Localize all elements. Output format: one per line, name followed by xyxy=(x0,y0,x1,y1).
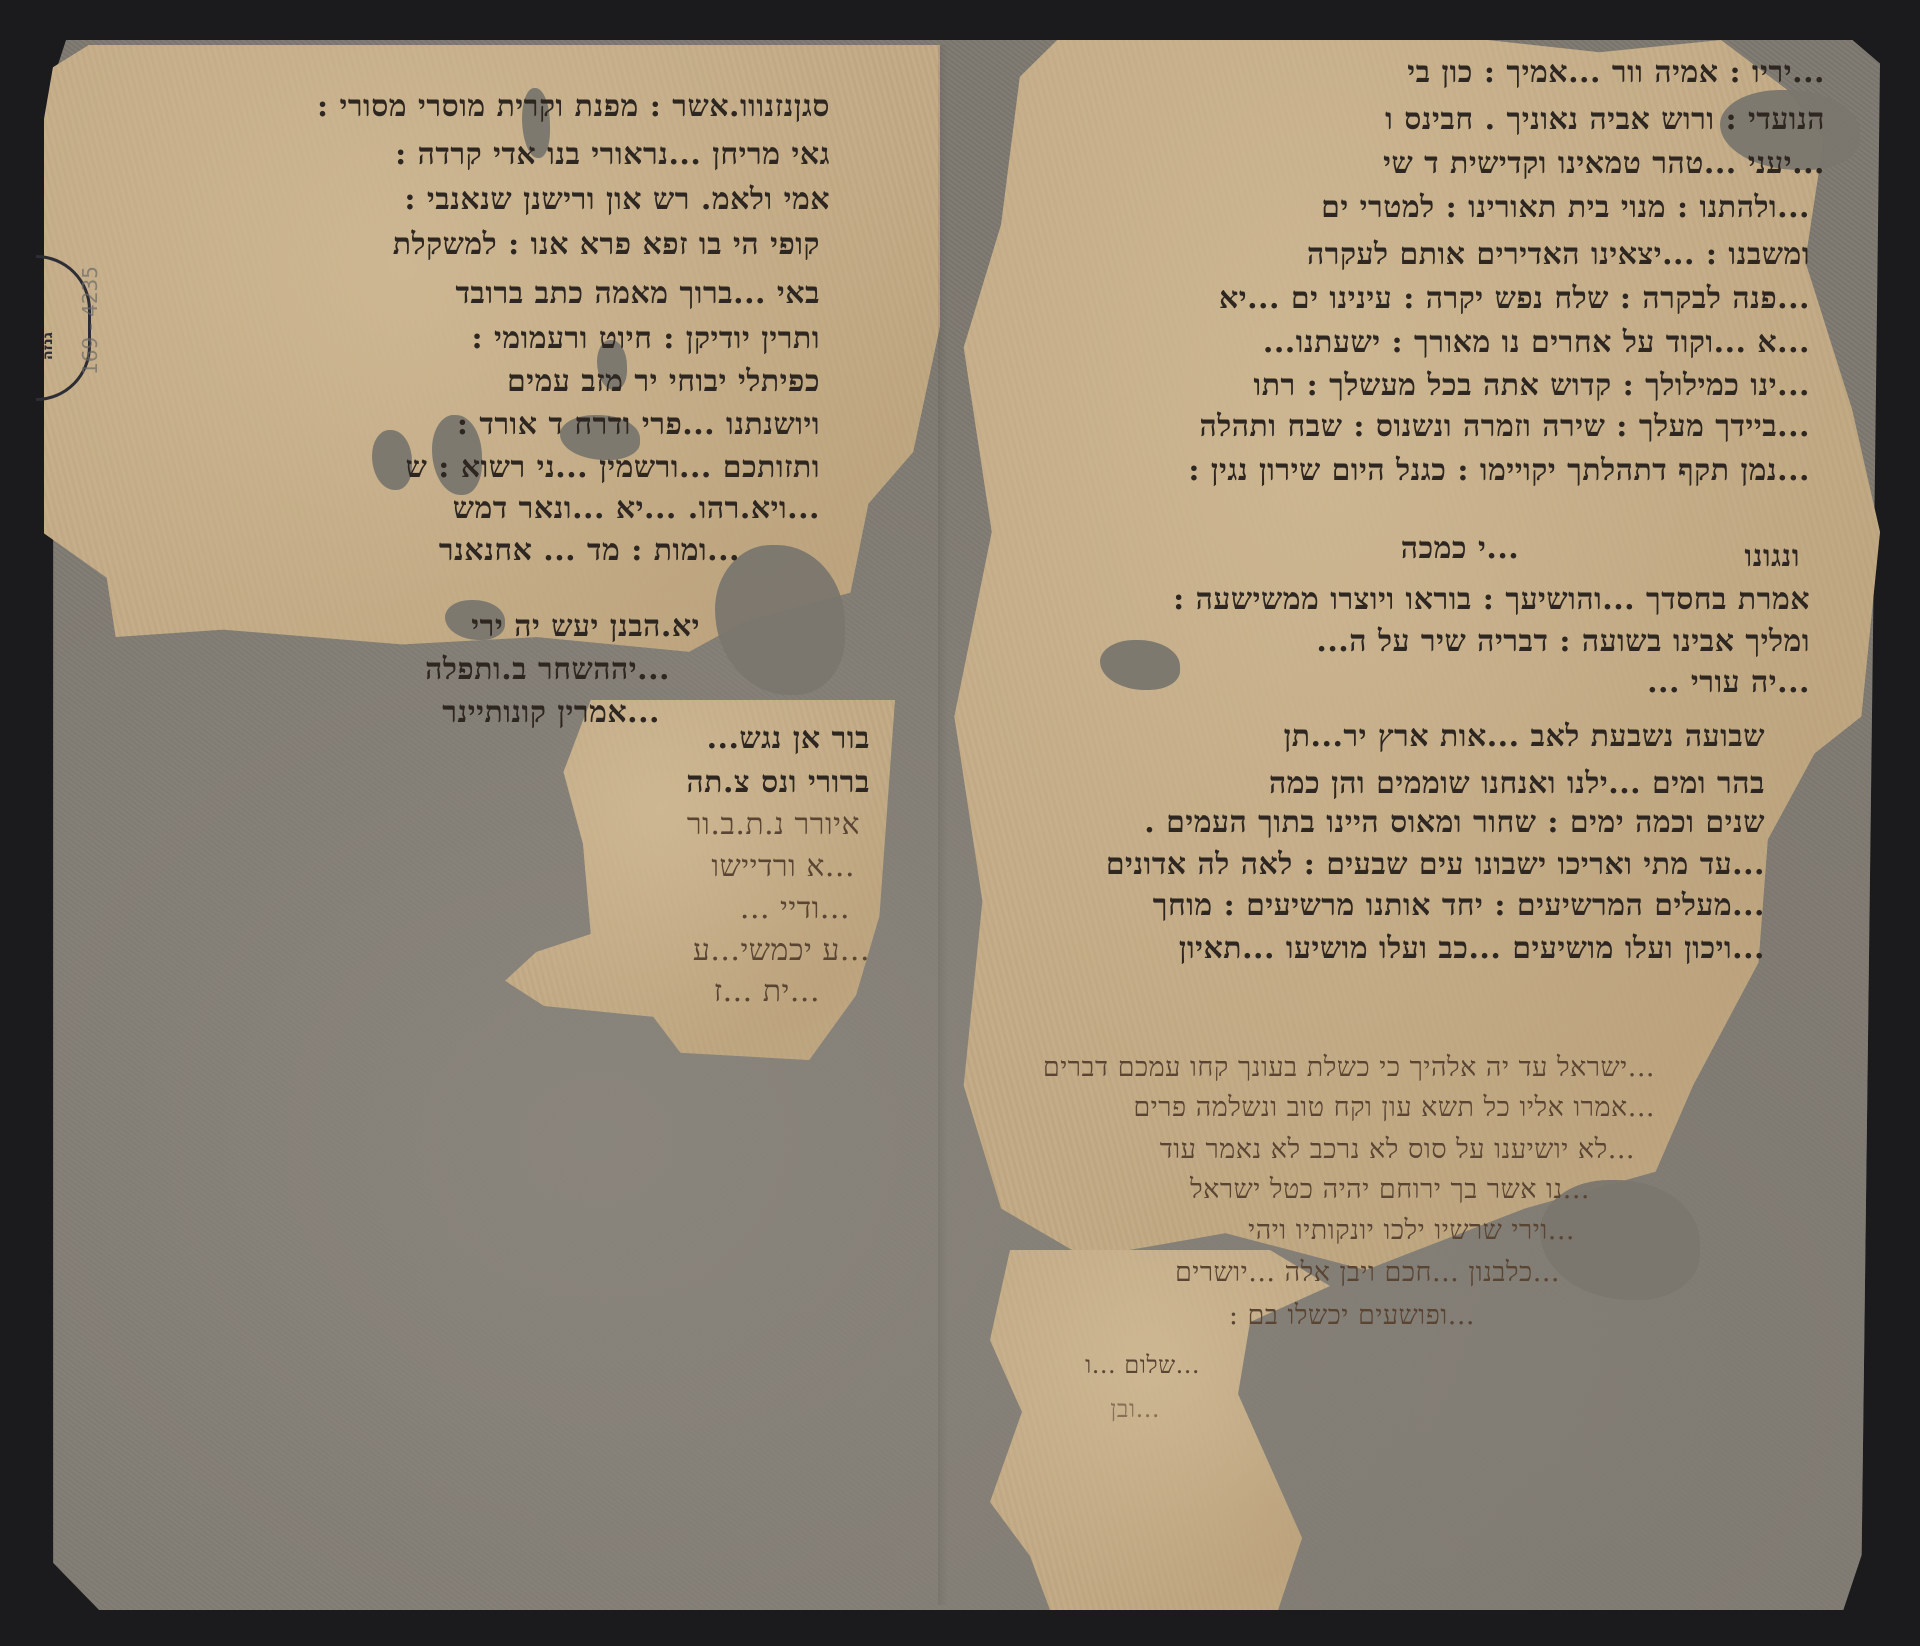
right-line-17: שנים וכמה ימים : שחור ומאוס היינו בתוך ה… xyxy=(985,806,1765,840)
left-line-11: ...ומות : מד ... אחנאנר xyxy=(120,534,740,568)
right-lower-line-7: ...ופושעים יכשלו בם : xyxy=(1095,1299,1475,1333)
left-line-6: ותרין יודיקן : חיוט ורעמומי : xyxy=(80,322,820,356)
right-line-14: ...יה עורי ... xyxy=(990,666,1810,700)
right-line-3: ...יעני ...טהר טמאינו וקדישית ד שי xyxy=(1025,147,1825,181)
right-lower-line-2: ...אמרו אליו כל תשא עון וקח טוב ונשלמה פ… xyxy=(965,1091,1655,1125)
right-line-5: ומשבנו : ...יצאינו האדירים אותם לעקרה xyxy=(1010,238,1810,272)
left-line-8: ויושנתנו ...פרי ודרח ד אורד : xyxy=(80,408,820,442)
right-line-10: ...נמן תקף דתהלתך יקויימו : כגנל היום שי… xyxy=(1010,454,1810,488)
right-line-1: ...יריו : אמיה וור ...אמיך : כון בי xyxy=(1025,56,1825,90)
right-line-6: ...פנה לבקרה : שלח נפש יקרה : עינינו ים … xyxy=(1010,282,1810,316)
left-line-5: באי ...ברוך מאמה כתב ברובד xyxy=(80,277,820,311)
right-line-16: בהר ומים ...ילנו ואנחנו שוממים והן כמה xyxy=(985,767,1765,801)
right-line-2: הנועדי : ורוש אביה נאוניך . חבינס ו xyxy=(1025,103,1825,137)
left-line-4: קופי הי בו זפא פרא אנו : למשקלת xyxy=(80,228,820,262)
left-line-2: גאי מריחן ...נראורי בנו אדי קרדה : xyxy=(90,138,830,172)
right-lower-line-4: ...נו אשר בך ירוחם יהיה כטל ישראל xyxy=(970,1173,1590,1207)
right-line-8: ...ינו כמילולך : קדוש אתה בכל מעשלך : רת… xyxy=(1010,369,1810,403)
left-fragment-line-7: ...ית ...ז xyxy=(520,975,820,1009)
left-fragment-line-2: ברורי ונס צ.תה xyxy=(570,766,870,800)
section-heading: ...י כמכה xyxy=(1300,532,1620,566)
right-line-18: ...עד מתי ואריכו ישבונו עים שבעים : לאה … xyxy=(985,848,1765,882)
left-fragment-line-5: ...ודיי ... xyxy=(590,892,850,926)
right-line-9: ...ביידך מעלך : שירה וזמרה ונשנוס : שבח … xyxy=(1010,410,1810,444)
left-line-13: ...יההשחר ב.ותפלה xyxy=(110,653,670,687)
left-line-12: יא.הבנן יעש יה ירי xyxy=(100,610,700,644)
left-line-7: כפיתלי יבוחי יר מזב עמים xyxy=(80,365,820,399)
left-fragment-line-3: איורר נ.ת.ב.ור xyxy=(560,808,860,842)
right-line-19: ...מעלים המרשיעים : יחד אותנו מרשיעים : … xyxy=(985,889,1765,923)
right-line-13: ומליך אבינו בשועה : דבריה שיר על ה... xyxy=(990,625,1810,659)
right-line-11: ונגונו xyxy=(1600,540,1800,574)
left-line-10: ...ויא.רהו. ...יא ...ונאר דמש xyxy=(80,492,820,526)
left-fragment-line-6: ...ע יכמשי...ע xyxy=(510,934,870,968)
right-lower-line-3: ...לא יושיענו על סוס לא נרכב לא נאמר עוד xyxy=(965,1133,1635,1167)
left-fragment-line-4: ...א ורדיישו xyxy=(575,850,855,884)
left-line-3: אמי ולאמ. רש און ורישנן שנאנבי : xyxy=(90,183,830,217)
left-line-9: ותזותכם ...ורשמין ...ני רשוא : ש xyxy=(80,451,820,485)
right-lower-line-1: ...ישראל עד יה אלהיך כי כשלת בעונך קחו ע… xyxy=(965,1051,1655,1085)
center-fold xyxy=(938,45,948,1605)
right-lower-line-5: ...וירי שרשיו ילכו יונקותיו ויהי xyxy=(975,1214,1575,1248)
right-lower-line-6: ...כלבנון ...חכם ויבן אלה ...יושרים xyxy=(970,1256,1560,1290)
right-bottom-line-1: ...שלום ...ו xyxy=(960,1348,1200,1382)
right-line-7: ...א ...וקוד על אחרים נו מאורך : ישעתנו.… xyxy=(1010,326,1810,360)
right-line-20: ...ויכון ועלו מושיעים ...כב ועלו מושיעו … xyxy=(985,932,1765,966)
right-bottom-line-2: ...ובן xyxy=(1000,1392,1160,1426)
left-fragment-line-1: בור אן נגש... xyxy=(570,722,870,756)
left-line-1: סגןנזנווו.אשר : מפנת וקרית מוסרי מסורי : xyxy=(90,90,830,124)
right-line-15: שבועה נשבעת לאב ...אות ארץ יר...תן xyxy=(985,720,1765,754)
right-line-4: ...ולהתנו : מנוי בית תאורינו : למטרי ים xyxy=(1010,191,1810,225)
library-stamp-text: גנזה xyxy=(40,290,70,360)
right-line-12: אמרת בחסדך ...והושיעך : בוראו ויוצרו ממש… xyxy=(990,583,1810,617)
